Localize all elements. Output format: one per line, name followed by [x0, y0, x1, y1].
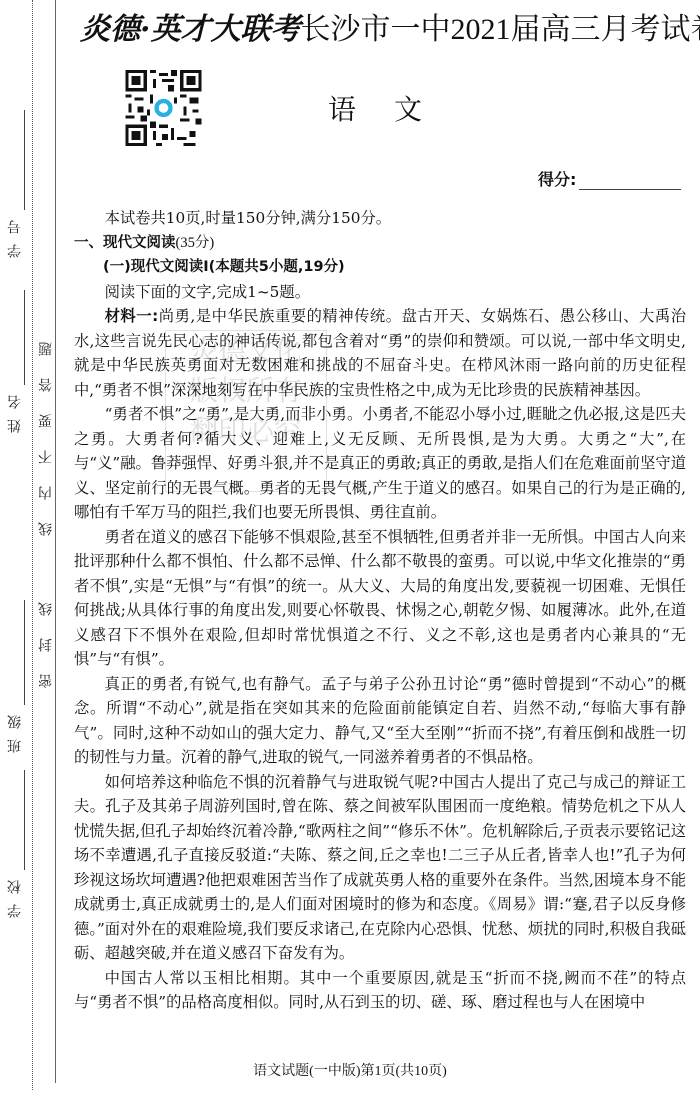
material-label: 材料一:: [105, 307, 159, 325]
name-label: 姓名: [5, 385, 25, 433]
student-id-blank[interactable]: [24, 110, 25, 210]
paragraph-6: 中国古人常以玉相比相期。其中一个重要原因,就是玉“折而不挠,阙而不荏”的特点与“…: [74, 966, 686, 1015]
exam-body: 本试卷共10页,时量150分钟,满分150分。 一、现代文阅读(35分) (一)…: [74, 206, 686, 1015]
exam-title-text: 长沙市一中2021届高三月考试卷(二): [300, 13, 700, 46]
paragraph-3: 勇者在道义的感召下能够不惧艰险,甚至不惧牺牲,但勇者并非一无所惧。中国古人向来批…: [74, 525, 686, 672]
student-id-field[interactable]: 学号: [4, 110, 26, 258]
student-id-label: 学号: [5, 210, 25, 258]
seal-dotted-line: [32, 0, 33, 1090]
page-footer: 语文试题(一中版)第1页(共10页): [0, 1060, 700, 1080]
exam-title: 炎德·英才大联考长沙市一中2021届高三月考试卷(二): [80, 4, 700, 48]
paragraph-2: “勇者不惧”之“勇”,是大勇,而非小勇。小勇者,不能忍小辱小过,睚眦之仇必报,这…: [74, 402, 686, 525]
paragraph-5: 如何培养这种临危不惧的沉着静气与进取锐气呢?中国古人提出了克己与成己的辩证工夫。…: [74, 770, 686, 966]
exam-intro: 本试卷共10页,时量150分钟,满分150分。: [74, 206, 686, 231]
seal-line-label: 密封线: [36, 580, 54, 688]
name-blank[interactable]: [24, 290, 25, 385]
binding-margin: 学号 姓名 班级 学校 线内不要答题 密封线: [0, 0, 62, 1095]
school-label: 学校: [5, 870, 25, 918]
section-title: 一、现代文阅读: [74, 235, 176, 251]
seal-instruction: 线内不要答题: [36, 320, 54, 536]
margin-solid-line: [55, 0, 56, 1083]
section-heading: 一、现代文阅读(35分): [74, 231, 686, 256]
class-blank[interactable]: [24, 600, 25, 705]
paragraph-4: 真正的勇者,有锐气,也有静气。孟子与弟子公孙丑讨论“勇”德时曾提到“不动心”的概…: [74, 672, 686, 770]
class-field[interactable]: 班级: [4, 600, 26, 753]
section-points: (35分): [176, 235, 215, 251]
qr-code-icon[interactable]: [125, 70, 202, 146]
score-label: 得分:: [538, 167, 576, 190]
score-field[interactable]: 得分:: [538, 167, 681, 190]
school-field[interactable]: 学校: [4, 770, 26, 918]
subject-title: 语文: [328, 88, 460, 128]
name-field[interactable]: 姓名: [4, 290, 26, 433]
paragraph-1-text: 尚勇,是中华民族重要的精神传统。盘古开天、女娲炼石、愚公移山、大禹治水,这些言说…: [74, 307, 686, 399]
reading-instruction: 阅读下面的文字,完成1~5题。: [74, 280, 686, 305]
exam-title-brand: 炎德·英才大联考: [80, 12, 300, 47]
score-blank[interactable]: [579, 173, 681, 190]
subsection-heading: (一)现代文阅读Ⅰ(本题共5小题,19分): [74, 255, 686, 280]
class-label: 班级: [5, 705, 25, 753]
paragraph-1: 材料一:尚勇,是中华民族重要的精神传统。盘古开天、女娲炼石、愚公移山、大禹治水,…: [74, 304, 686, 402]
school-blank[interactable]: [24, 770, 25, 870]
